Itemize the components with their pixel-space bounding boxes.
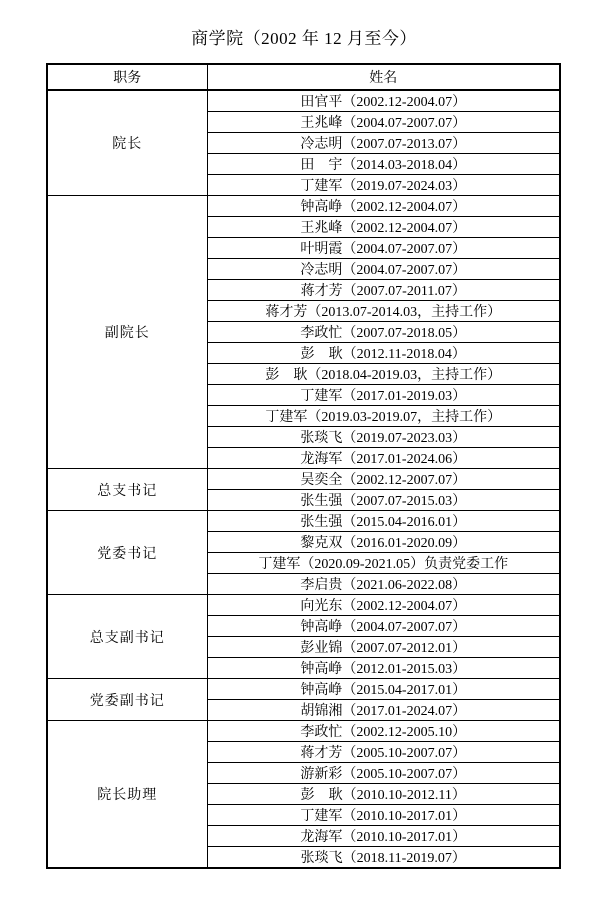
header-row: 职务 姓名	[47, 64, 560, 90]
position-cell: 总支书记	[47, 469, 207, 511]
roster-table: 职务 姓名 院长田官平（2002.12-2004.07）王兆峰（2004.07-…	[46, 63, 561, 869]
name-cell: 龙海军（2010.10-2017.01）	[207, 826, 560, 847]
name-cell: 叶明霞（2004.07-2007.07）	[207, 238, 560, 259]
name-cell: 彭 耿（2010.10-2012.11）	[207, 784, 560, 805]
name-cell: 丁建军（2019.03-2019.07，主持工作）	[207, 406, 560, 427]
name-cell: 蒋才芳（2005.10-2007.07）	[207, 742, 560, 763]
table-row: 党委副书记钟高峥（2015.04-2017.01）	[47, 679, 560, 700]
name-cell: 钟高峥（2015.04-2017.01）	[207, 679, 560, 700]
name-cell: 彭 耿（2012.11-2018.04）	[207, 343, 560, 364]
table-row: 党委书记张生强（2015.04-2016.01）	[47, 511, 560, 532]
name-cell: 丁建军（2017.01-2019.03）	[207, 385, 560, 406]
name-cell: 吴奕全（2002.12-2007.07）	[207, 469, 560, 490]
position-cell: 党委副书记	[47, 679, 207, 721]
name-cell: 钟高峥（2012.01-2015.03）	[207, 658, 560, 679]
position-cell: 党委书记	[47, 511, 207, 595]
name-cell: 丁建军（2010.10-2017.01）	[207, 805, 560, 826]
table-row: 总支书记吴奕全（2002.12-2007.07）	[47, 469, 560, 490]
document-page: 商学院（2002 年 12 月至今） 职务 姓名 院长田官平（2002.12-2…	[0, 0, 608, 924]
name-cell: 蒋才芳（2007.07-2011.07）	[207, 280, 560, 301]
name-cell: 冷志明（2004.07-2007.07）	[207, 259, 560, 280]
name-cell: 黎克双（2016.01-2020.09）	[207, 532, 560, 553]
name-cell: 冷志明（2007.07-2013.07）	[207, 133, 560, 154]
name-cell: 李政忙（2007.07-2018.05）	[207, 322, 560, 343]
name-cell: 李启贵（2021.06-2022.08）	[207, 574, 560, 595]
name-cell: 钟高峥（2004.07-2007.07）	[207, 616, 560, 637]
name-cell: 田 宇（2014.03-2018.04）	[207, 154, 560, 175]
name-cell: 田官平（2002.12-2004.07）	[207, 90, 560, 112]
table-row: 院长助理李政忙（2002.12-2005.10）	[47, 721, 560, 742]
position-cell: 院长	[47, 90, 207, 196]
page-title: 商学院（2002 年 12 月至今）	[0, 0, 608, 49]
name-cell: 龙海军（2017.01-2024.06）	[207, 448, 560, 469]
position-cell: 副院长	[47, 196, 207, 469]
table-header: 职务 姓名	[47, 64, 560, 90]
name-cell: 胡锦湘（2017.01-2024.07）	[207, 700, 560, 721]
table-row: 总支副书记向光东（2002.12-2004.07）	[47, 595, 560, 616]
name-cell: 彭业锦（2007.07-2012.01）	[207, 637, 560, 658]
table-body: 院长田官平（2002.12-2004.07）王兆峰（2004.07-2007.0…	[47, 90, 560, 868]
name-cell: 张生强（2007.07-2015.03）	[207, 490, 560, 511]
name-cell: 彭 耿（2018.04-2019.03，主持工作）	[207, 364, 560, 385]
header-position: 职务	[47, 64, 207, 90]
name-cell: 张生强（2015.04-2016.01）	[207, 511, 560, 532]
name-cell: 王兆峰（2004.07-2007.07）	[207, 112, 560, 133]
table-row: 副院长钟高峥（2002.12-2004.07）	[47, 196, 560, 217]
name-cell: 蒋才芳（2013.07-2014.03，主持工作）	[207, 301, 560, 322]
name-cell: 丁建军（2019.07-2024.03）	[207, 175, 560, 196]
table-row: 院长田官平（2002.12-2004.07）	[47, 90, 560, 112]
name-cell: 游新彩（2005.10-2007.07）	[207, 763, 560, 784]
position-cell: 院长助理	[47, 721, 207, 869]
name-cell: 李政忙（2002.12-2005.10）	[207, 721, 560, 742]
position-cell: 总支副书记	[47, 595, 207, 679]
name-cell: 张琰飞（2018.11-2019.07）	[207, 847, 560, 869]
name-cell: 钟高峥（2002.12-2004.07）	[207, 196, 560, 217]
name-cell: 张琰飞（2019.07-2023.03）	[207, 427, 560, 448]
name-cell: 王兆峰（2002.12-2004.07）	[207, 217, 560, 238]
name-cell: 丁建军（2020.09-2021.05）负责党委工作	[207, 553, 560, 574]
name-cell: 向光东（2002.12-2004.07）	[207, 595, 560, 616]
header-name: 姓名	[207, 64, 560, 90]
